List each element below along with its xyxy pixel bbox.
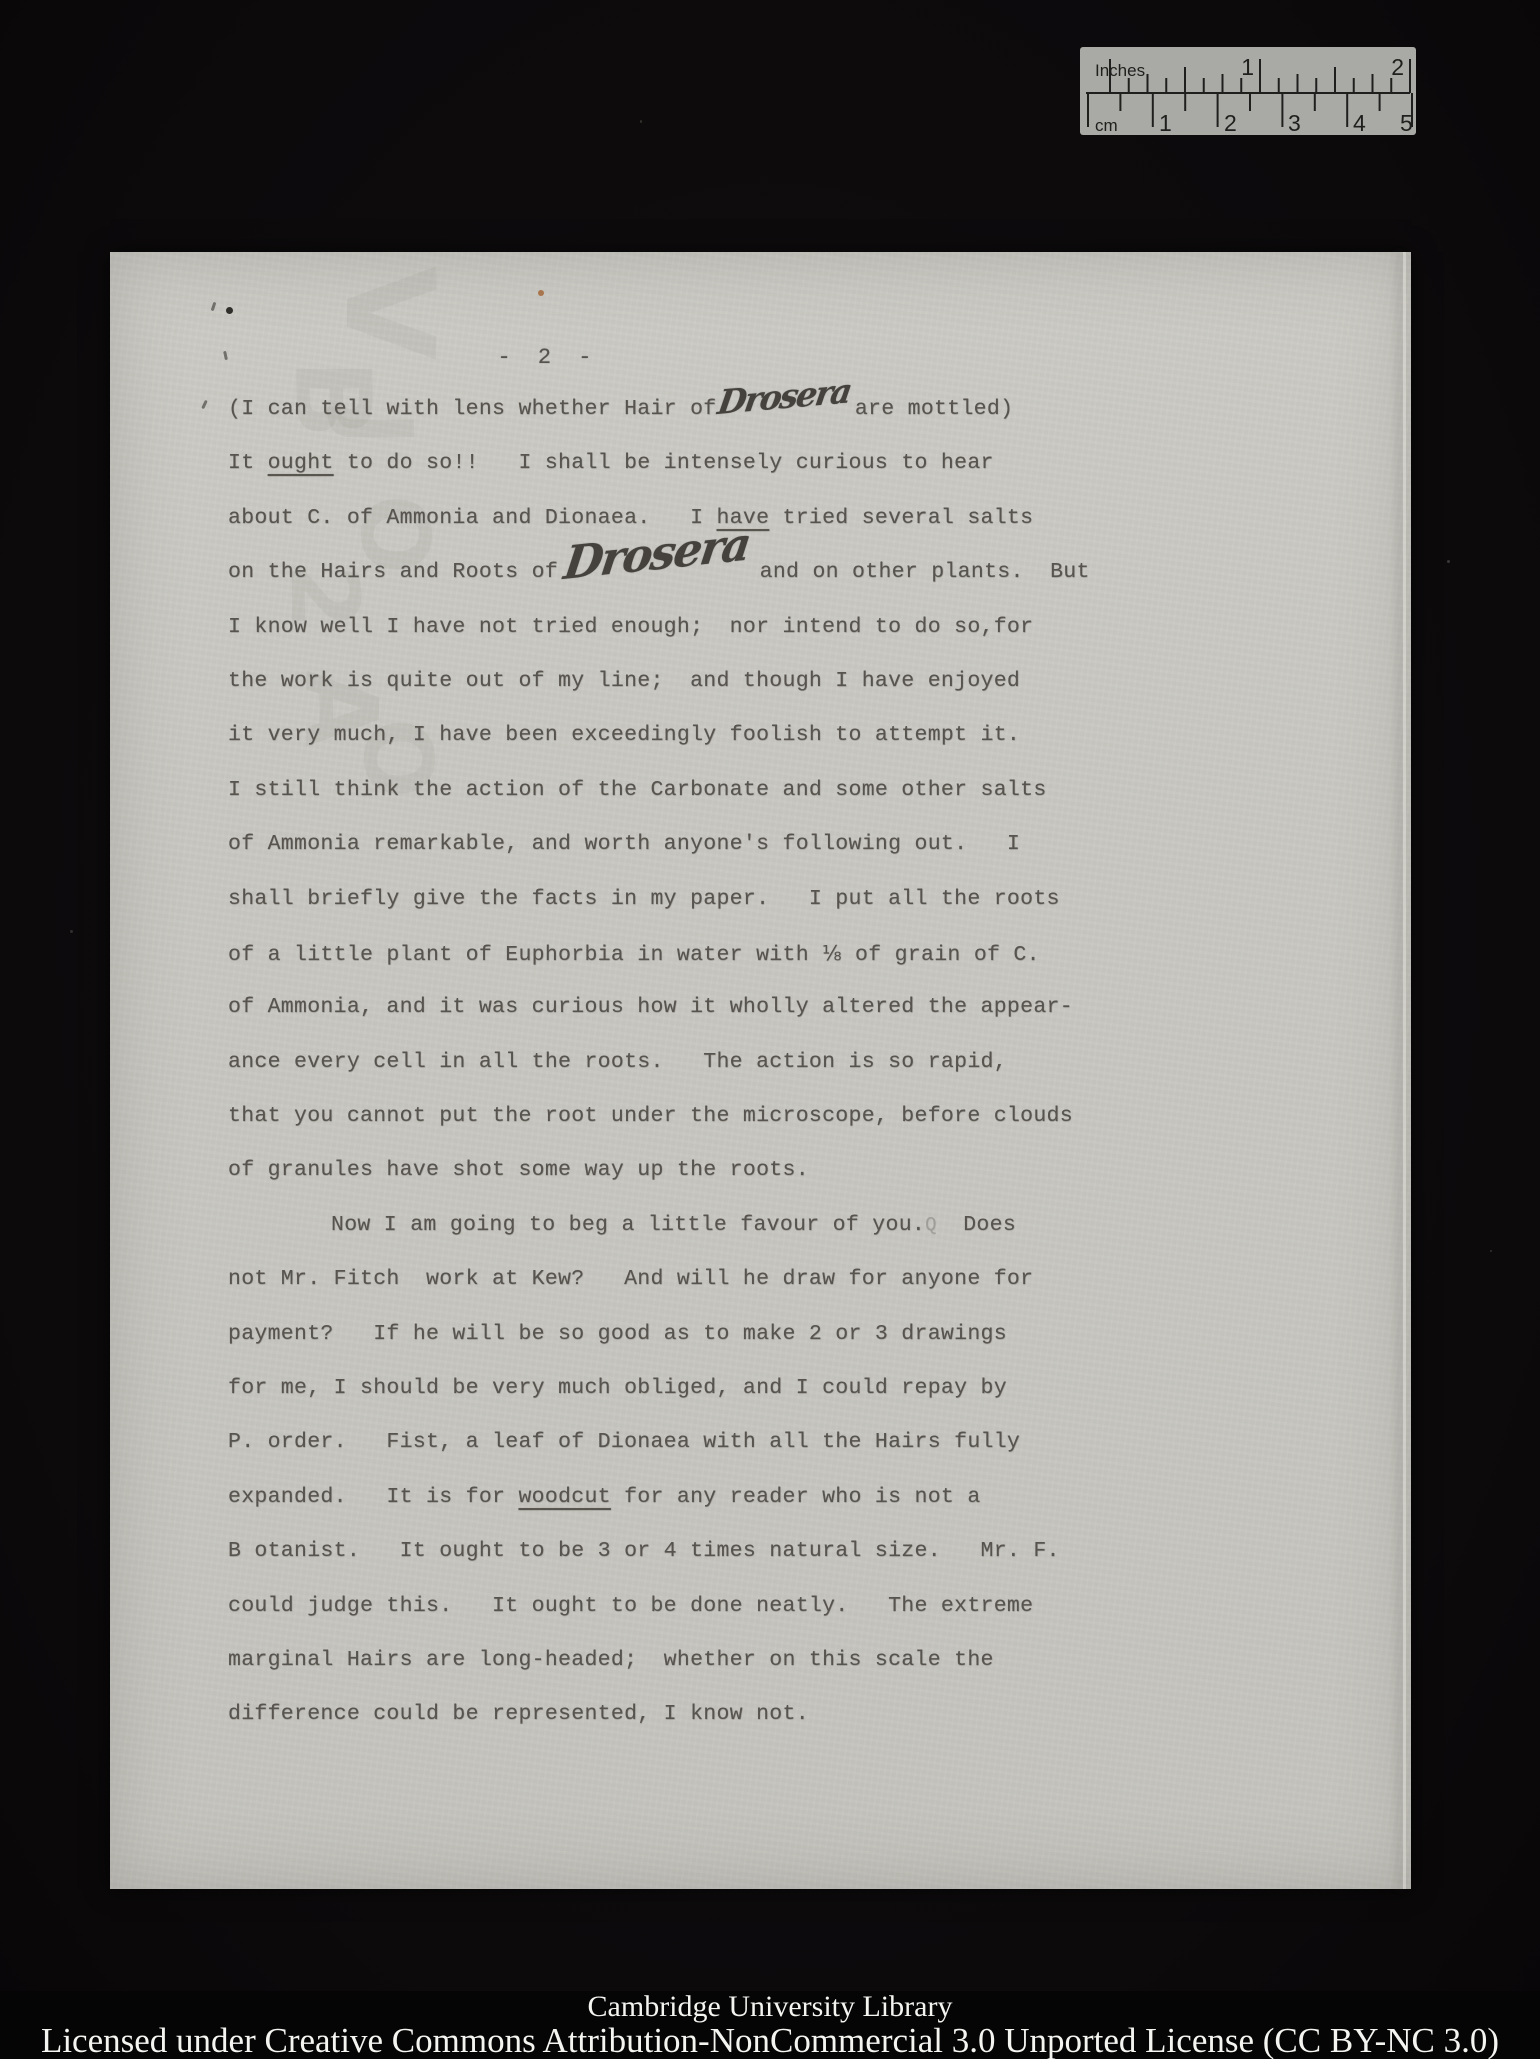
letter-line: ance every cell in all the roots. The ac… [228,1035,1090,1089]
scan-background: Inches cm 1 2 1 2 3 4 5 VBJO2AO - 2 - (I… [0,0,1540,2059]
typed-text: of a little plant of Euphorbia in water … [228,943,822,967]
typed-text: ⅛ [822,941,842,965]
letter-line: payment? If he will be so good as to mak… [228,1307,1090,1361]
dust-speck [70,930,73,933]
dust-speck [1490,1250,1492,1252]
license-line: Licensed under Creative Commons Attribut… [41,2023,1499,2059]
typed-text: of Ammonia remarkable, and worth anyone'… [228,832,1020,856]
typed-text: Does [937,1213,1016,1237]
letter-line: expanded. It is for woodcut for any read… [228,1470,1090,1524]
letter-line: on the Hairs and Roots ofDroseraand on o… [228,545,1090,599]
typed-text: I know well I have not tried enough; nor… [228,615,1033,639]
cm-label-3: 3 [1288,110,1301,135]
typed-text: of Ammonia, and it was curious how it wh… [228,995,1073,1019]
letter-line: of Ammonia remarkable, and worth anyone'… [228,817,1090,871]
library-credit: Cambridge University Library [588,1991,953,2023]
typed-text: difference could be represented, I know … [228,1702,809,1726]
inch-label-2: 2 [1391,54,1404,80]
typed-text: shall briefly give the facts in my paper… [228,887,1060,911]
pen-mark [211,302,217,311]
typed-text: for any reader who is not a [611,1485,981,1509]
letter-line: of granules have shot some way up the ro… [228,1143,1090,1197]
letter-line: shall briefly give the facts in my paper… [228,872,1090,926]
letter-line: I know well I have not tried enough; nor… [228,600,1090,654]
letter-line: (I can tell with lens whether Hair ofDro… [228,382,1090,436]
typed-text: expanded. It is for [228,1485,518,1509]
letter-line: that you cannot put the root under the m… [228,1089,1090,1143]
letter-line: difference could be represented, I know … [228,1687,1090,1741]
letter-line: It ought to do so!! I shall be intensely… [228,436,1090,490]
dust-speck [1447,560,1450,563]
typed-text: It [228,451,268,475]
letter-line: it very much, I have been exceedingly fo… [228,708,1090,762]
typed-text: Now I am going to beg a little favour of… [331,1213,925,1237]
handwritten-word: Drosera [717,380,852,414]
scale-bar: Inches cm 1 2 1 2 3 4 5 [1080,47,1416,135]
handwritten-word: Drosera [563,532,751,576]
letter-line: B otanist. It ought to be 3 or 4 times n… [228,1524,1090,1578]
letter-line: marginal Hairs are long-headed; whether … [228,1633,1090,1687]
typed-text: I still think the action of the Carbonat… [228,778,1047,802]
typed-text: of granules have shot some way up the ro… [228,1158,809,1182]
typed-text: marginal Hairs are long-headed; whether … [228,1648,994,1672]
typed-text: not Mr. Fitch work at Kew? And will he d… [228,1267,1033,1291]
typed-text: (I can tell with lens whether Hair of [228,397,716,421]
scale-unit-inches: Inches [1095,61,1145,80]
letter-line: for me, I should be very much obliged, a… [228,1361,1090,1415]
letter-line: the work is quite out of my line; and th… [228,654,1090,708]
typed-text: and on other plants. But [760,560,1090,584]
typed-text: the work is quite out of my line; and th… [228,669,1020,693]
rust-speck [538,290,544,296]
typed-text: are mottled) [855,397,1013,421]
typed-text: it very much, I have been exceedingly fo… [228,723,1020,747]
letter-line: of a little plant of Euphorbia in water … [228,926,1090,980]
dust-speck [640,120,642,123]
underlined-word: woodcut [518,1485,610,1509]
typed-text: on the Hairs and Roots of [228,560,558,584]
typed-text: for me, I should be very much obliged, a… [228,1376,1007,1400]
typed-text: could judge this. It ought to be done ne… [228,1594,1033,1618]
cm-label-4: 4 [1353,110,1366,135]
cm-label-2: 2 [1224,110,1237,135]
typed-text: to do so!! I shall be intensely curious … [334,451,994,475]
typed-text: about C. of Ammonia and Dionaea. I [228,506,716,530]
typed-text: B otanist. It ought to be 3 or 4 times n… [228,1539,1060,1563]
typed-text: P. order. Fist, a leaf of Dionaea with a… [228,1430,1020,1454]
inch-label-1: 1 [1241,54,1254,80]
typed-text: of grain of C. [842,943,1040,967]
typed-text: that you cannot put the root under the m… [228,1104,1073,1128]
letter-line: could judge this. It ought to be done ne… [228,1579,1090,1633]
cm-label-5: 5 [1400,110,1413,135]
letter-line: not Mr. Fitch work at Kew? And will he d… [228,1252,1090,1306]
cm-label-1: 1 [1159,110,1172,135]
letter-line: Now I am going to beg a little favour of… [228,1198,1090,1252]
page-number: - 2 - [228,345,868,370]
letter-line: P. order. Fist, a leaf of Dionaea with a… [228,1415,1090,1469]
letter-line: of Ammonia, and it was curious how it wh… [228,980,1090,1034]
typed-text: tried several salts [769,506,1033,530]
typed-text: ance every cell in all the roots. The ac… [228,1050,1007,1074]
typed-text: Q [925,1214,937,1236]
letter-line: I still think the action of the Carbonat… [228,763,1090,817]
letter-page: VBJO2AO - 2 - (I can tell with lens whet… [110,252,1411,1889]
ink-speck [226,307,233,314]
pen-mark [201,400,208,409]
underlined-word: ought [268,451,334,475]
letter-body: (I can tell with lens whether Hair ofDro… [228,382,1090,1742]
typed-text: payment? If he will be so good as to mak… [228,1322,1007,1346]
credit-footer: Cambridge University Library Licensed un… [0,1991,1540,2059]
scale-unit-cm: cm [1095,116,1118,135]
